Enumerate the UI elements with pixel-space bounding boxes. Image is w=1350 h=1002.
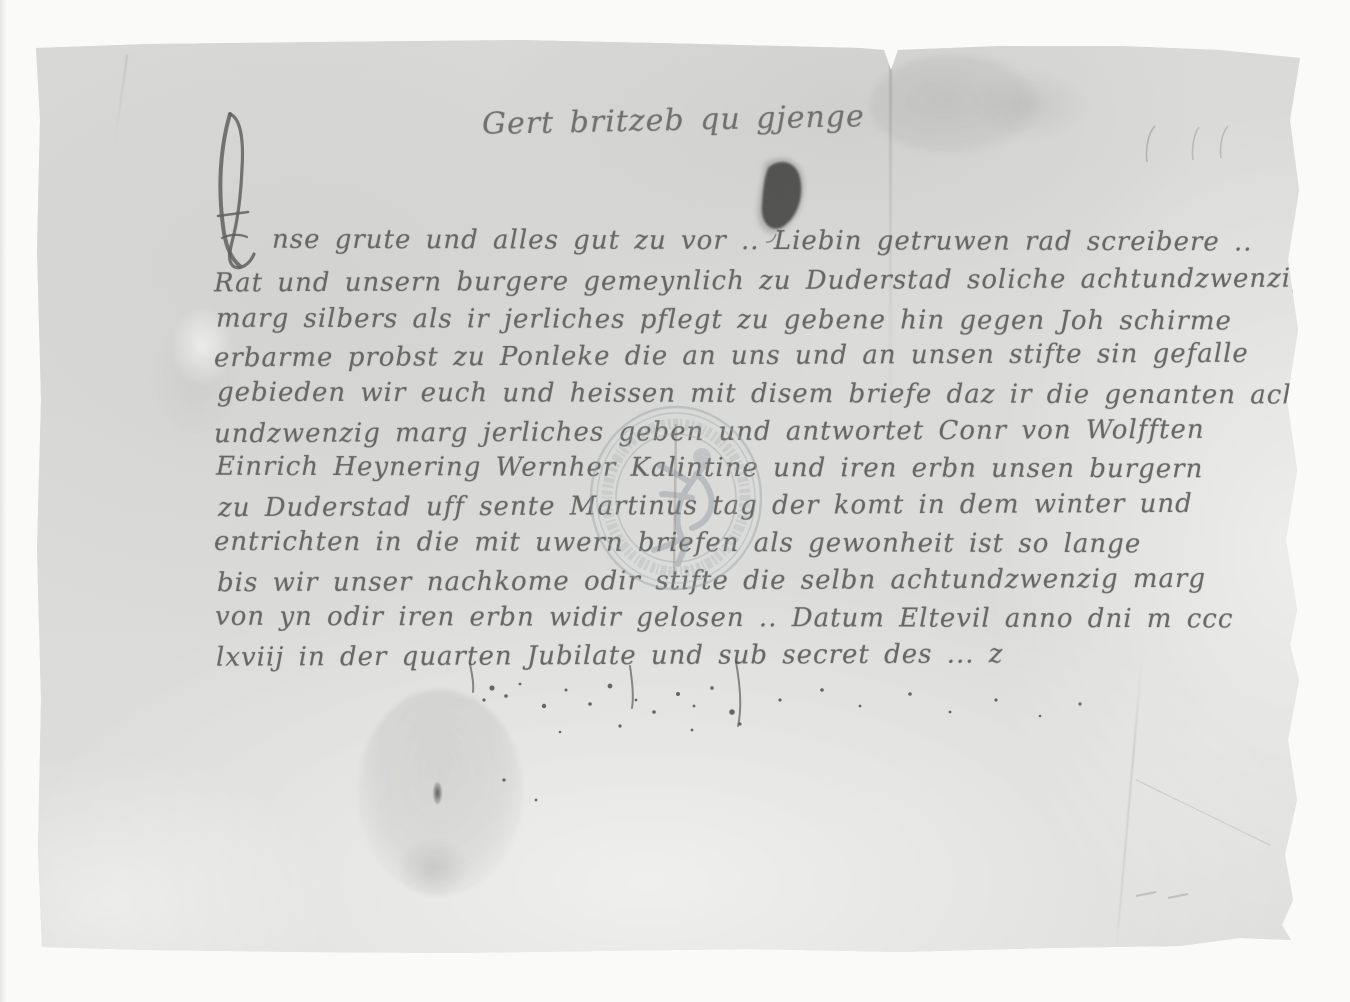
ink-spatter (440, 660, 1140, 840)
heading-note: Gert britzeb qu gjenge (482, 99, 865, 142)
manuscript-line: nse grute und alles gut zu vor .. Liebin… (272, 225, 1253, 262)
crease-line (1135, 779, 1270, 846)
crease-line (114, 54, 129, 143)
manuscript-line: von yn odir iren erbn widir gelosen .. D… (215, 602, 1233, 639)
scan-edge-shadow (0, 0, 7, 1002)
margin-pen-marks (1135, 122, 1245, 167)
manuscript-line: erbarme probst zu Ponleke die an uns und… (214, 339, 1249, 378)
manuscript-line: Rat und unsern burgere gemeynlich zu Dud… (214, 264, 1309, 303)
manuscript-line: gebieden wir euch und heissen mit disem … (217, 378, 1312, 415)
rampant-lion-icon (654, 448, 711, 564)
seal-stamp-icon (588, 404, 764, 594)
water-stain (970, 70, 1090, 140)
manuscript-paper-sheet: Gert britzeb qu gjenge nse grute und all… (0, 0, 1350, 1002)
drop-cap-initial (200, 108, 270, 278)
water-stain (398, 838, 468, 898)
faint-pen-marks (1130, 878, 1210, 908)
manuscript-line: marg silbers als ir jerliches pflegt zu … (216, 304, 1232, 341)
